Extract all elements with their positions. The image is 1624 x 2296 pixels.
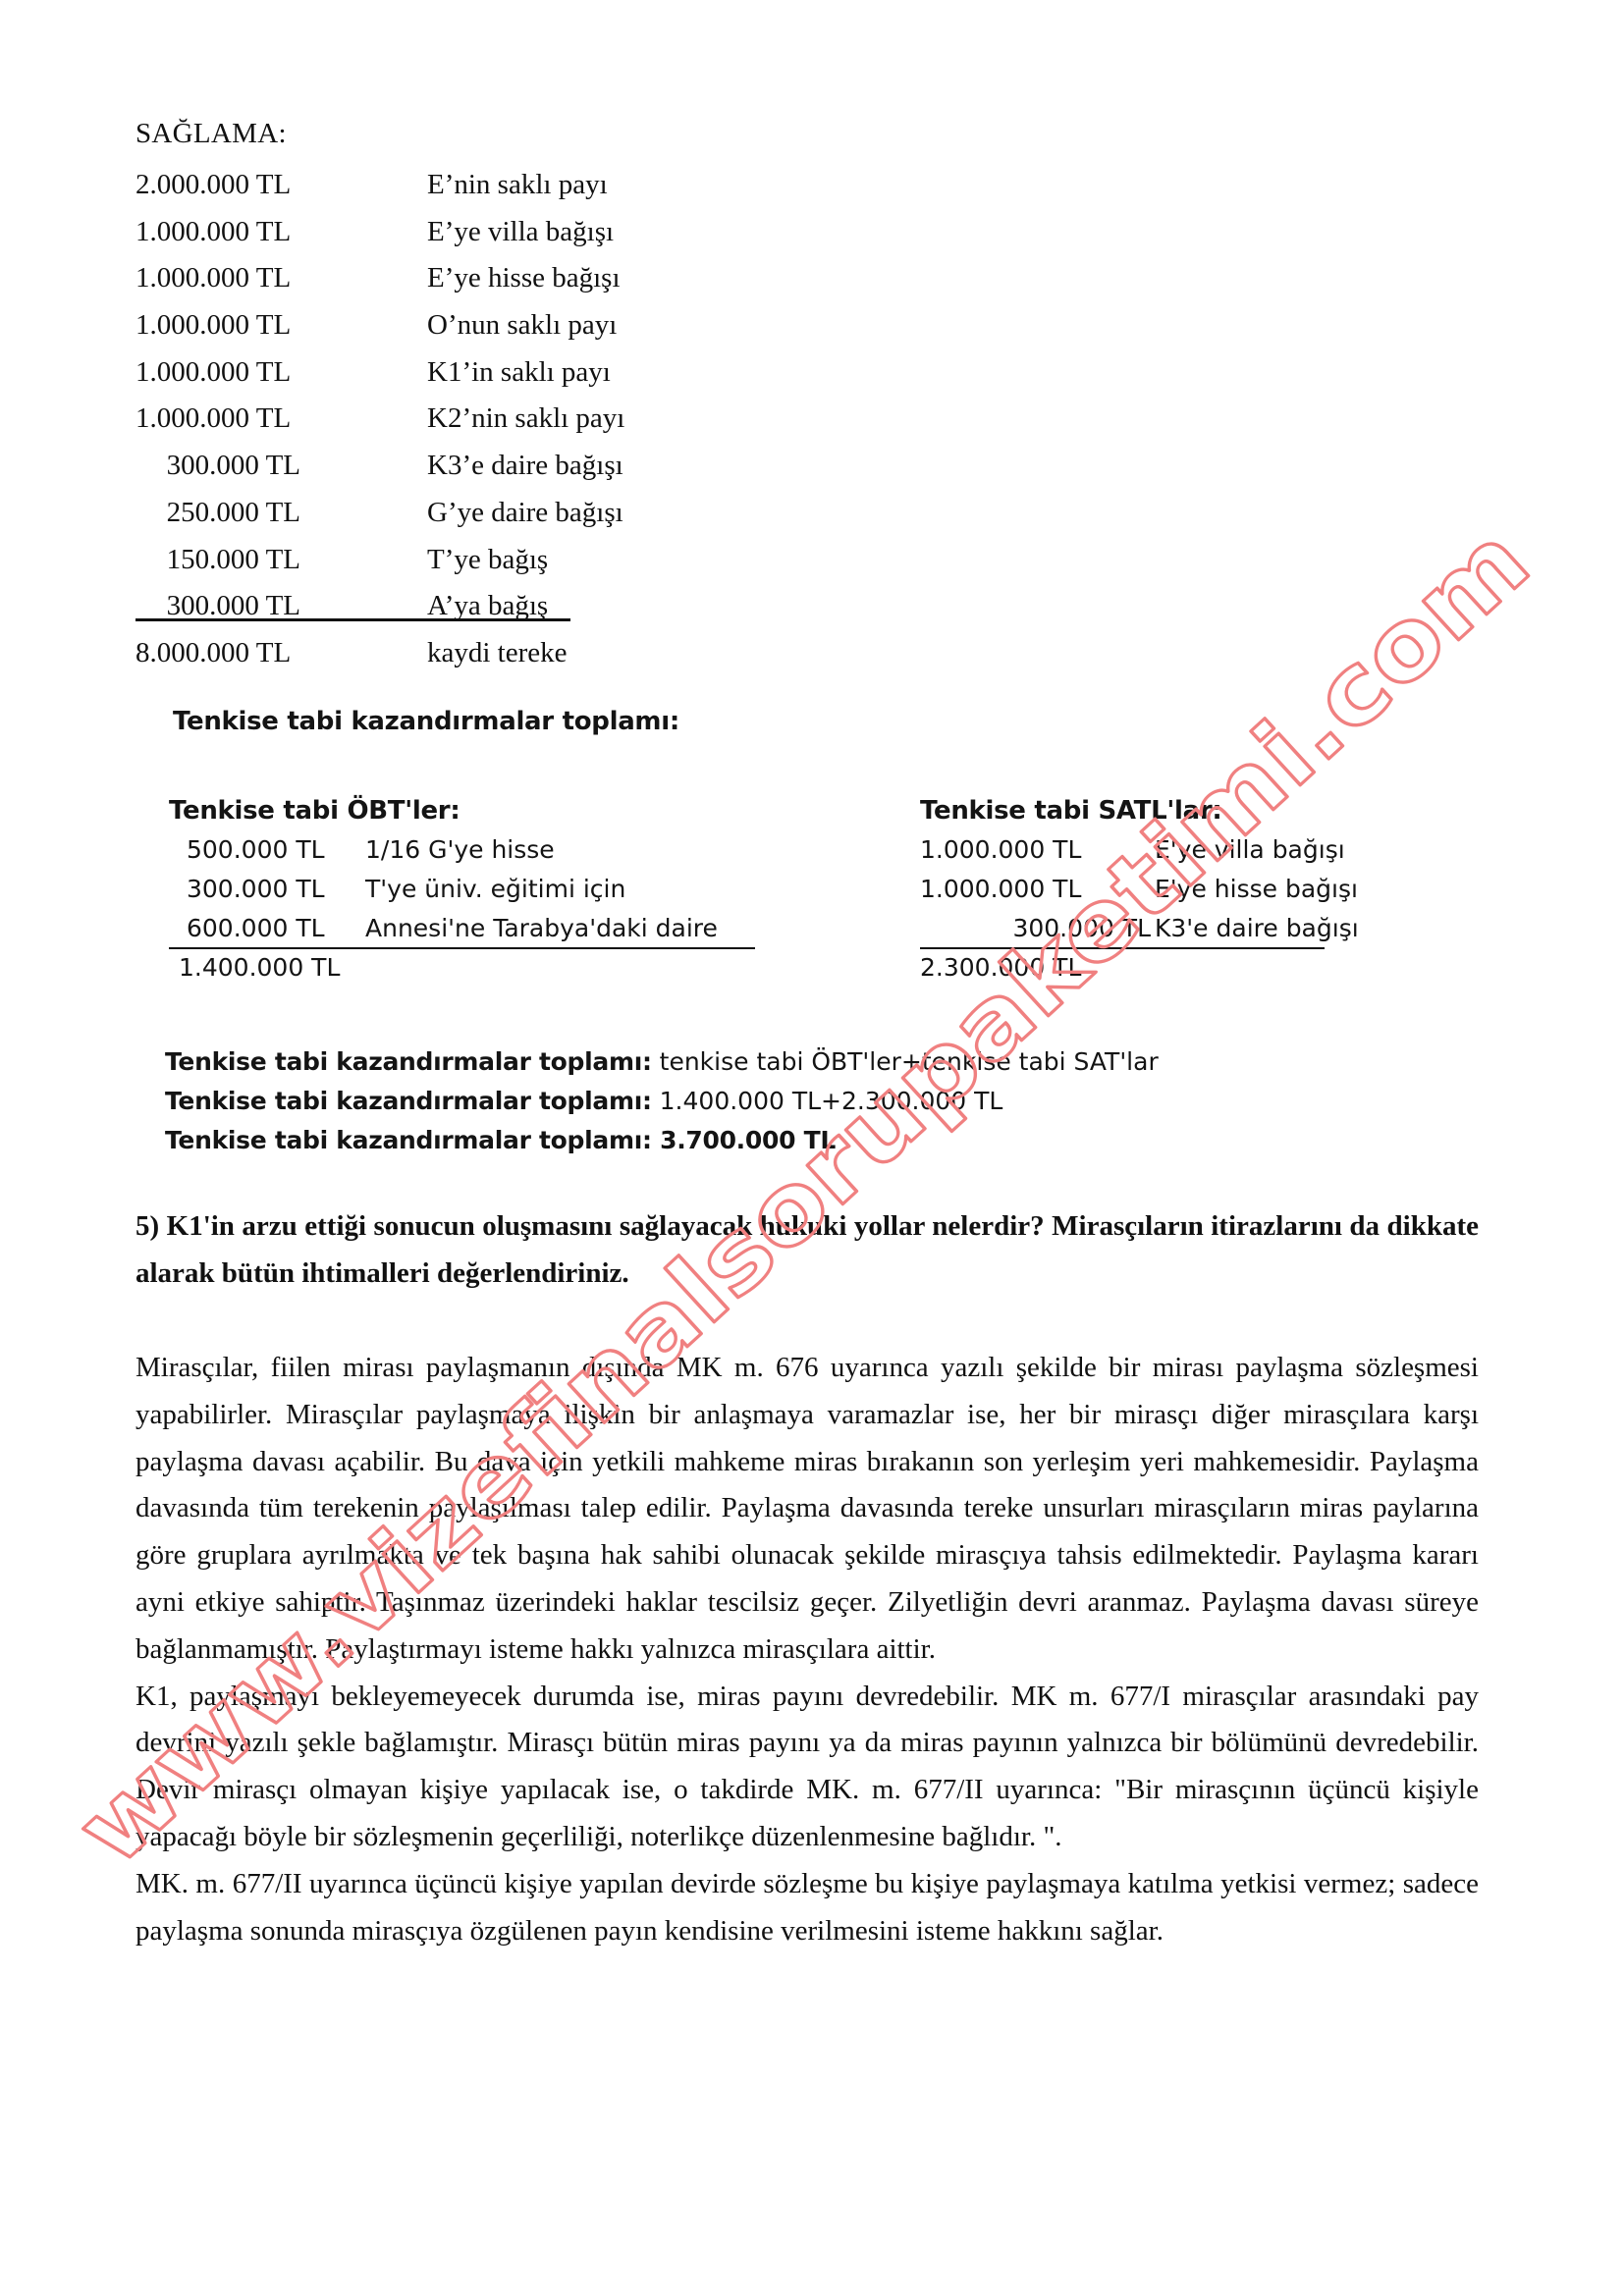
sum-line: Tenkise tabi kazandırmalar toplamı: 1.40… [165,1082,1159,1121]
sum-label: Tenkise tabi kazandırmalar toplamı: [165,1047,652,1076]
satl-row: 1.000.000 TL E'ye villa bağışı [920,830,1352,870]
tenkis-sums: Tenkise tabi kazandırmalar toplamı: tenk… [165,1042,1159,1160]
obt-total-row: 1.400.000 TL [169,948,758,988]
obt-amount: 600.000 TL [187,909,325,948]
saglama-amount: 150.000 TL [167,540,300,579]
sum-line: Tenkise tabi kazandırmalar toplamı: 3.70… [165,1121,1159,1160]
saglama-row: 300.000 TL K3’e daire bağışı [135,446,725,493]
satl-amount: 1.000.000 TL [920,830,1081,870]
satl-total-row: 2.300.000 TL [920,948,1352,988]
obt-title: Tenkise tabi ÖBT'ler: [169,791,758,830]
satl-block: Tenkise tabi SATL'lar: 1.000.000 TL E'ye… [920,791,1352,988]
obt-row: 300.000 TL T'ye üniv. eğitimi için [169,870,758,909]
obt-block: Tenkise tabi ÖBT'ler: 500.000 TL 1/16 G'… [169,791,758,988]
sum-label: Tenkise tabi kazandırmalar toplamı: [165,1087,652,1115]
satl-label: E'ye villa bağışı [1155,830,1345,870]
obt-amount: 500.000 TL [187,830,325,870]
saglama-row: 1.000.000 TL E’ye hisse bağışı [135,258,725,305]
satl-title: Tenkise tabi SATL'lar: [920,791,1352,830]
saglama-row: 1.000.000 TL O’nun saklı payı [135,305,725,352]
sum-value: 1.400.000 TL+2.300.000 TL [652,1087,1003,1115]
obt-total: 1.400.000 TL [179,948,340,988]
tenkis-heading: Tenkise tabi kazandırmalar toplamı: [173,707,679,736]
satl-label: E'ye hisse bağışı [1155,870,1358,909]
saglama-amount: 1.000.000 TL [135,399,291,438]
sum-value: 3.700.000 TL [652,1126,836,1154]
saglama-label: E’ye hisse bağışı [427,258,621,297]
obt-label: Annesi'ne Tarabya'daki daire [365,909,718,948]
obt-amount: 300.000 TL [187,870,325,909]
obt-sum-rule [169,947,755,949]
satl-row: 300.000 TL K3'e daire bağışı [920,909,1352,948]
saglama-row: 300.000 TL A’ya bağış [135,586,725,633]
satl-amount: 1.000.000 TL [920,870,1081,909]
sum-value: tenkise tabi ÖBT'ler+tenkise tabi SAT'la… [652,1047,1159,1076]
saglama-amount: 300.000 TL [167,446,300,485]
document-page: SAĞLAMA: 2.000.000 TL E’nin saklı payı 1… [0,0,1624,2296]
saglama-amount: 1.000.000 TL [135,352,291,392]
saglama-list: 2.000.000 TL E’nin saklı payı 1.000.000 … [135,165,725,680]
satl-label: K3'e daire bağışı [1155,909,1359,948]
saglama-label: E’ye villa bağışı [427,212,614,251]
saglama-label: K1’in saklı payı [427,352,611,392]
saglama-total-label: kaydi tereke [427,633,568,672]
saglama-label: K3’e daire bağışı [427,446,623,485]
satl-amount: 300.000 TL [1012,909,1151,948]
satl-total: 2.300.000 TL [920,948,1081,988]
answer-paragraph: Mirasçılar, fiilen mirası paylaşmanın dı… [135,1345,1479,1674]
saglama-row: 1.000.000 TL E’ye villa bağışı [135,212,725,259]
answer-body: Mirasçılar, fiilen mirası paylaşmanın dı… [135,1345,1479,1954]
saglama-total-amount: 8.000.000 TL [135,633,291,672]
saglama-row: 1.000.000 TL K1’in saklı payı [135,352,725,400]
saglama-amount: 250.000 TL [167,493,300,532]
saglama-label: K2’nin saklı payı [427,399,624,438]
saglama-row: 250.000 TL G’ye daire bağışı [135,493,725,540]
saglama-label: G’ye daire bağışı [427,493,623,532]
saglama-label: O’nun saklı payı [427,305,617,345]
saglama-amount: 1.000.000 TL [135,305,291,345]
obt-label: T'ye üniv. eğitimi için [365,870,625,909]
saglama-label: T’ye bağış [427,540,548,579]
sum-label: Tenkise tabi kazandırmalar toplamı: [165,1126,652,1154]
saglama-row: 150.000 TL T’ye bağış [135,540,725,587]
obt-row: 600.000 TL Annesi'ne Tarabya'daki daire [169,909,758,948]
saglama-amount: 1.000.000 TL [135,258,291,297]
question-5: 5) K1'in arzu ettiği sonucun oluşmasını … [135,1202,1479,1297]
satl-sum-rule [920,947,1325,949]
saglama-total-row: 8.000.000 TL kaydi tereke [135,633,725,680]
saglama-title: SAĞLAMA: [135,118,287,150]
obt-row: 500.000 TL 1/16 G'ye hisse [169,830,758,870]
saglama-amount: 1.000.000 TL [135,212,291,251]
saglama-row: 2.000.000 TL E’nin saklı payı [135,165,725,212]
sum-line: Tenkise tabi kazandırmalar toplamı: tenk… [165,1042,1159,1082]
saglama-sum-rule [135,618,570,621]
saglama-amount: 2.000.000 TL [135,165,291,204]
satl-row: 1.000.000 TL E'ye hisse bağışı [920,870,1352,909]
obt-label: 1/16 G'ye hisse [365,830,555,870]
answer-paragraph: MK. m. 677/II uyarınca üçüncü kişiye yap… [135,1861,1479,1955]
saglama-label: E’nin saklı payı [427,165,608,204]
answer-paragraph: K1, paylaşmayı bekleyemeyecek durumda is… [135,1674,1479,1861]
saglama-row: 1.000.000 TL K2’nin saklı payı [135,399,725,446]
